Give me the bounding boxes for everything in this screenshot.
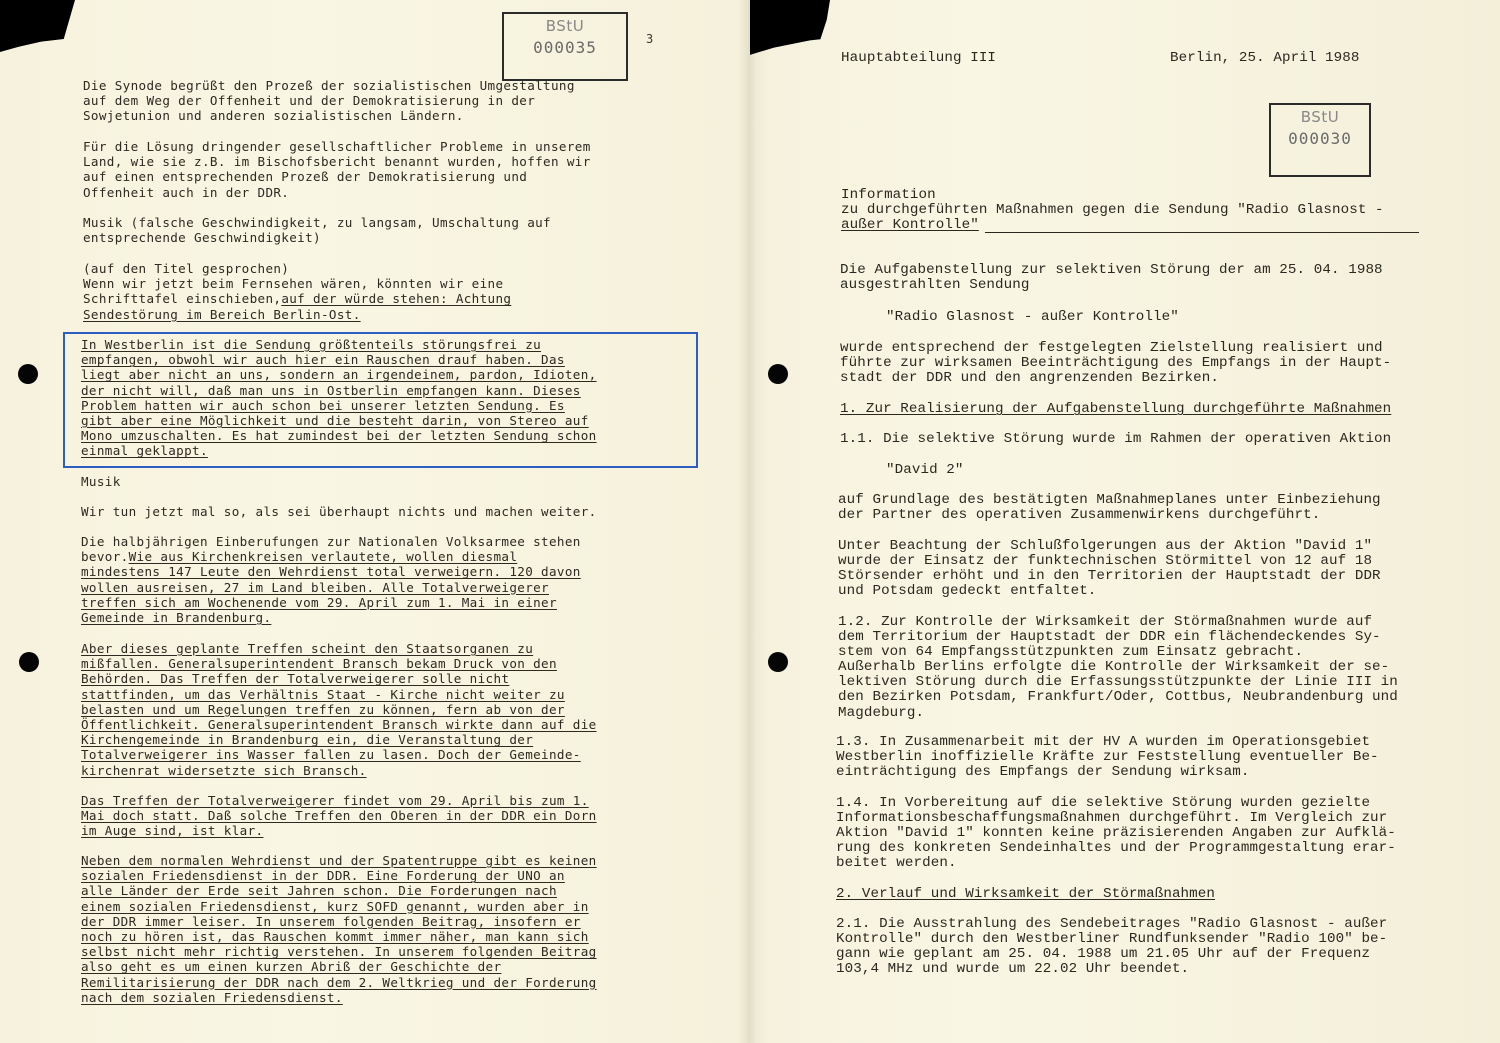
section-2-heading: 2. Verlauf und Wirksamkeit der Störmaßna…	[836, 887, 1215, 902]
section-1-2: 1.2. Zur Kontrolle der Wirksamkeit der S…	[838, 615, 1398, 721]
title-underline-rule	[985, 232, 1419, 233]
page-number: 3	[646, 32, 653, 46]
program-name: "Radio Glasnost - außer Kontrolle"	[886, 310, 1179, 325]
section-2-1: 2.1. Die Ausstrahlung des Sendebeitrages…	[836, 917, 1387, 977]
archive-stamp-left: BStU 000035	[502, 12, 628, 81]
stamp-number: 000035	[504, 38, 626, 57]
document-title: Information zu durchgeführten Maßnahmen …	[841, 188, 1384, 233]
section-1-1-continuation: auf Grundlage des bestätigten Maßnahmepl…	[838, 493, 1381, 523]
section-1-heading: 1. Zur Realisierung der Aufgabenstellung…	[840, 402, 1391, 417]
punch-hole-icon	[19, 652, 39, 672]
title-line-3: außer Kontrolle"	[841, 217, 979, 233]
punch-hole-icon	[768, 652, 788, 672]
paragraph-synode: Die Synode begrüßt den Prozeß der sozial…	[83, 78, 575, 124]
place-date: Berlin, 25. April 1988	[1170, 51, 1360, 66]
underlined-achtung: auf der würde stehen: Achtung	[281, 291, 511, 306]
paragraph-wir-tun: Wir tun jetzt mal so, als sei überhaupt …	[81, 504, 597, 519]
archive-stamp-right: BStU 000030	[1269, 103, 1371, 177]
highlighted-paragraph-westberlin: In Westberlin ist die Sendung größtentei…	[81, 337, 597, 459]
underlined-kirchenkreise: Wie aus Kirchenkreisen verlautete, wolle…	[81, 549, 581, 625]
stamp-org: BStU	[504, 17, 626, 35]
paragraph-titel: (auf den Titel gesprochen) Wenn wir jetz…	[83, 261, 511, 322]
paragraph-loesung: Für die Lösung dringender gesellschaftli…	[83, 139, 591, 200]
intro-paragraph: Die Aufgabenstellung zur selektiven Stör…	[840, 263, 1383, 293]
punch-hole-icon	[18, 364, 38, 384]
paragraph-einberufungen: Die halbjährigen Einberufungen zur Natio…	[81, 534, 581, 625]
paragraph-musik-speed: Musik (falsche Geschwindigkeit, zu langs…	[83, 215, 551, 245]
title-line-1: Information	[841, 187, 936, 203]
section-1-1-paragraph-2: Unter Beachtung der Schlußfolgerungen au…	[838, 539, 1381, 599]
title-line-2: zu durchgeführten Maßnahmen gegen die Se…	[841, 202, 1384, 218]
page-gutter	[738, 0, 756, 1043]
action-name-david-2: "David 2"	[886, 463, 964, 478]
paragraph-treffen-findet-statt: Das Treffen der Totalverweigerer findet …	[81, 793, 597, 839]
paragraph-friedensdienst: Neben dem normalen Wehrdienst und der Sp…	[81, 853, 597, 1005]
department-header: Hauptabteilung III	[841, 51, 996, 66]
stamp-number: 000030	[1271, 129, 1369, 148]
section-1-4: 1.4. In Vorbereitung auf die selektive S…	[836, 796, 1396, 871]
section-1-1: 1.1. Die selektive Störung wurde im Rahm…	[840, 432, 1391, 447]
intro-continuation: wurde entsprechend der festgelegten Ziel…	[840, 341, 1391, 386]
paragraph-treffen-staatsorgane: Aber dieses geplante Treffen scheint den…	[81, 641, 597, 778]
underlined-sendestoerung: Sendestörung im Bereich Berlin-Ost.	[83, 307, 361, 322]
punch-hole-icon	[768, 364, 788, 384]
paragraph-musik: Musik	[81, 474, 121, 489]
section-1-3: 1.3. In Zusammenarbeit mit der HV A wurd…	[836, 735, 1379, 780]
stamp-org: BStU	[1271, 108, 1369, 126]
